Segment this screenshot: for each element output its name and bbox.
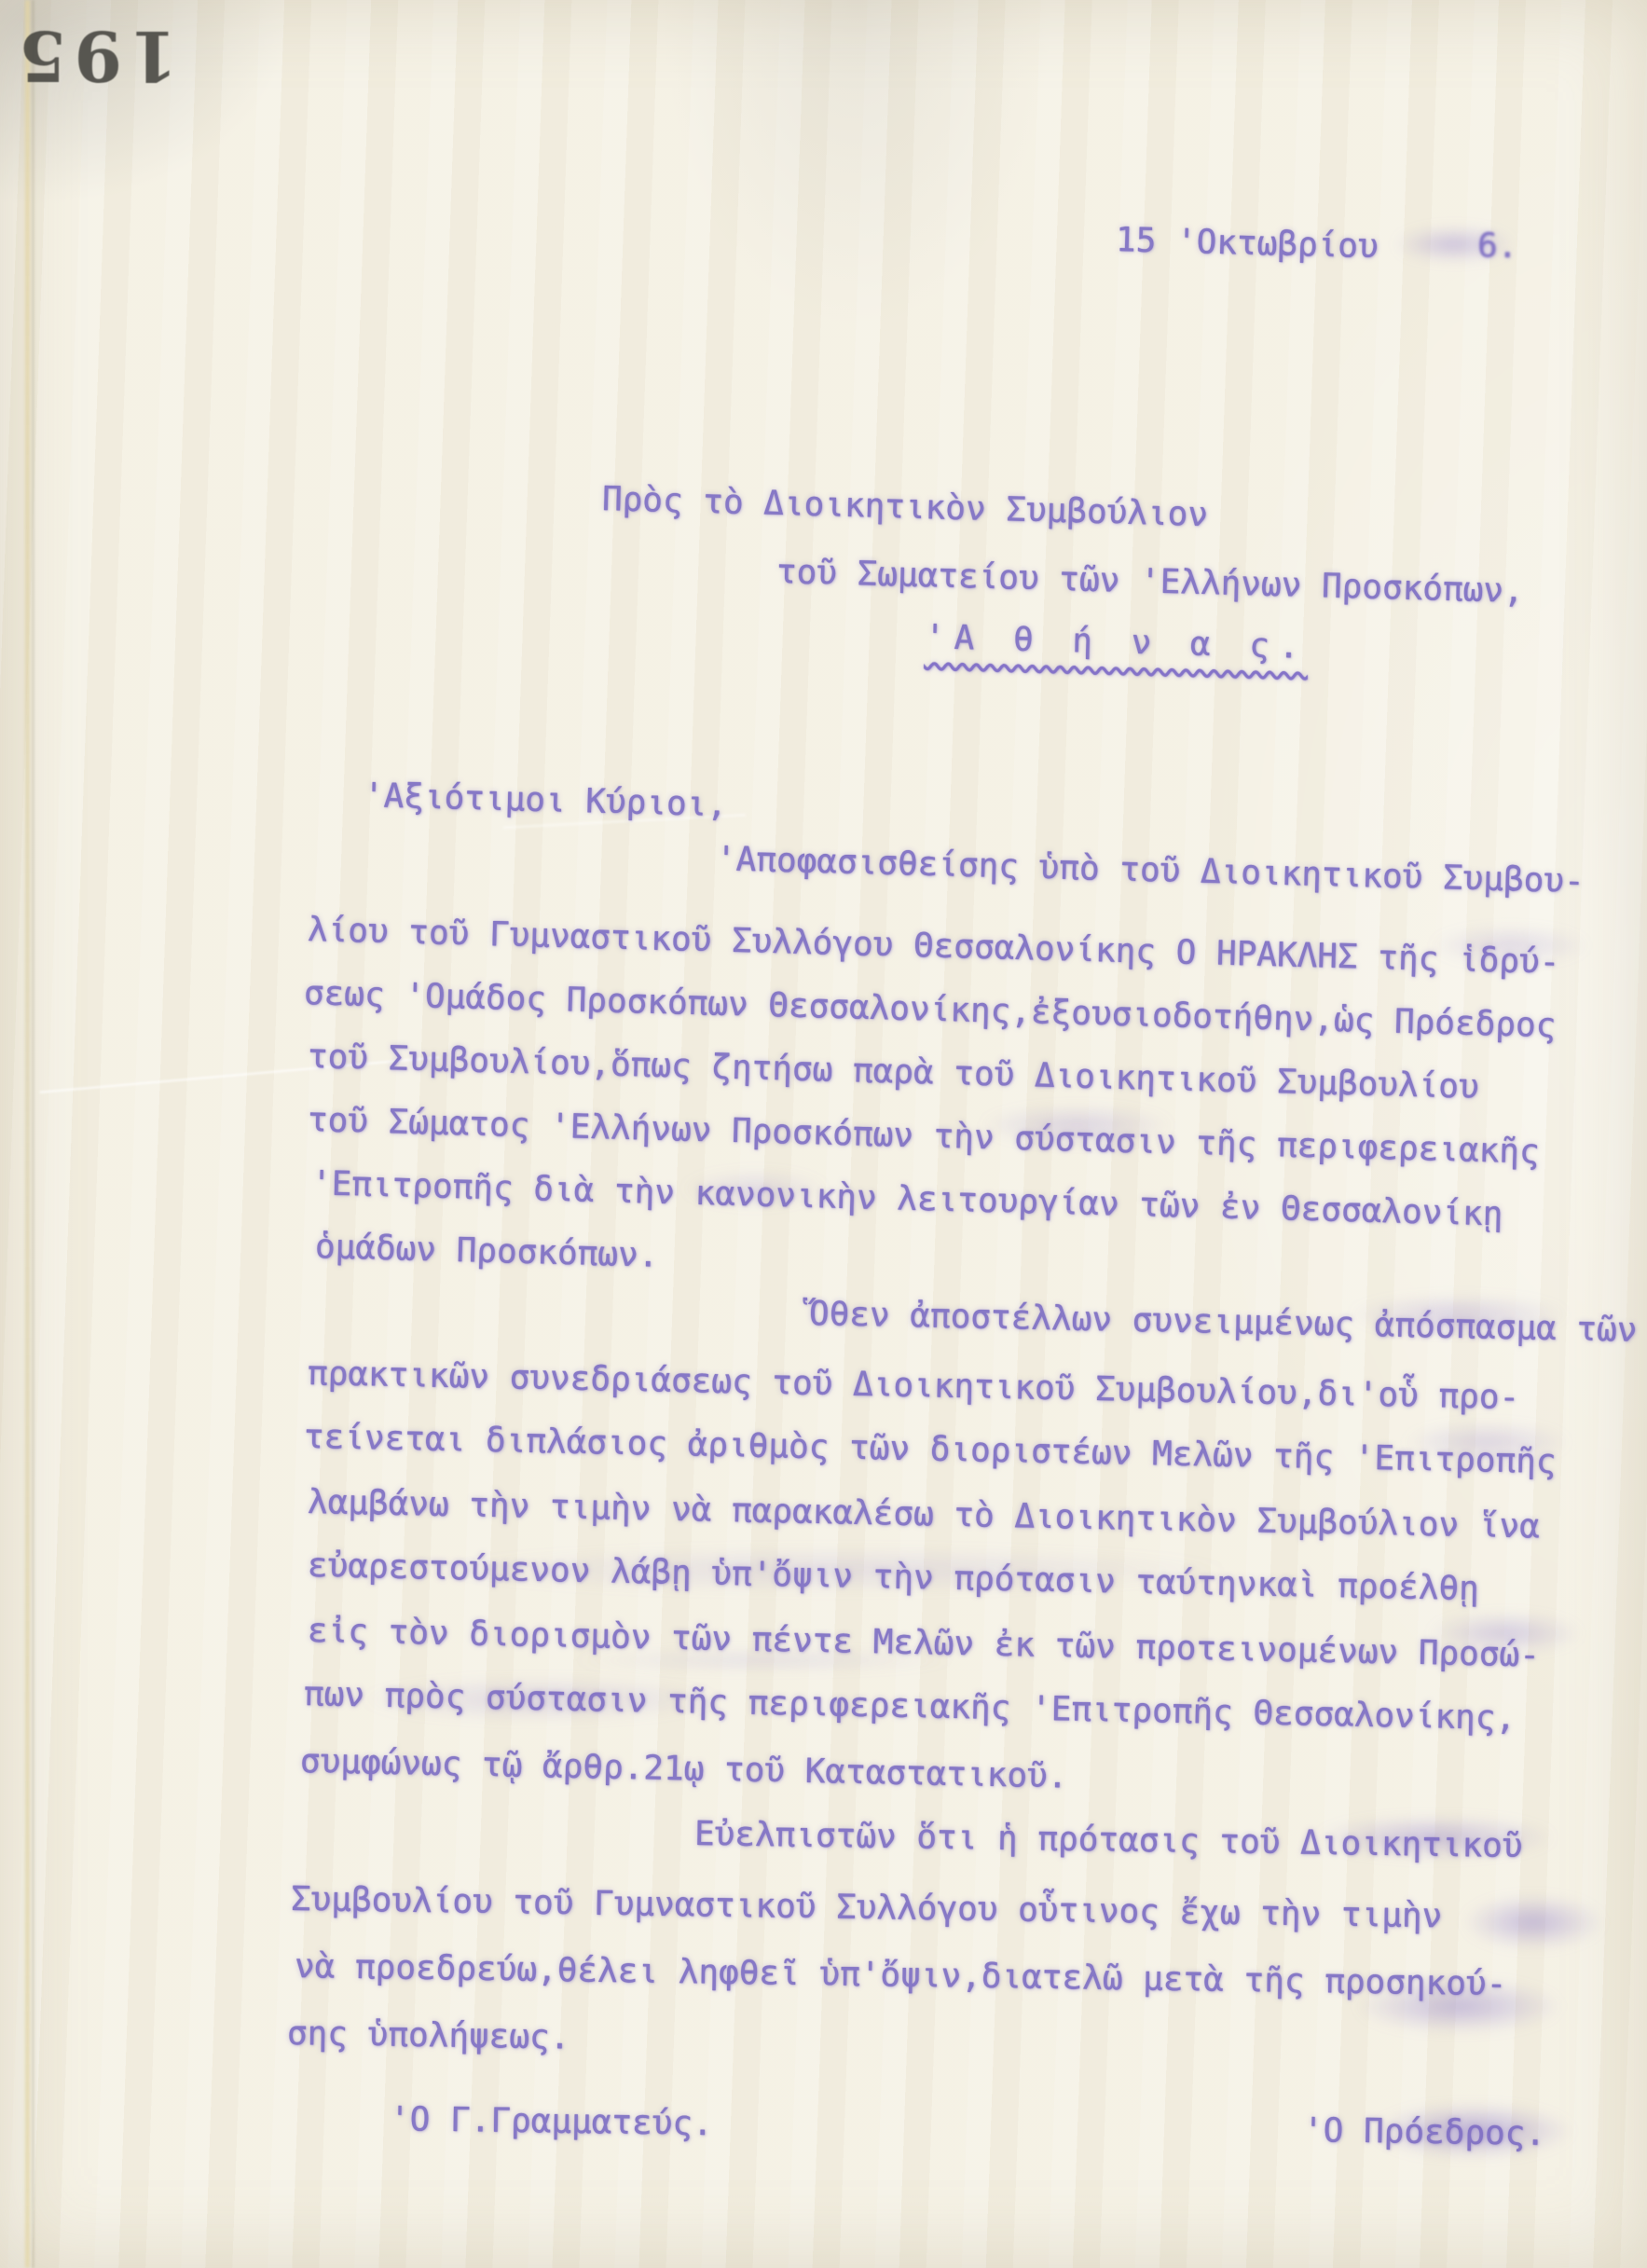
paper-fold-shadow [32,0,34,2268]
paragraph-1-line: τοῦ Συμβουλίου,ὅπως ζητήσω παρὰ τοῦ Διοι… [307,1038,1479,1106]
paragraph-1-line: τοῦ Σώματος 'Ελλήνων Προσκόπων τὴν σύστα… [307,1102,1540,1171]
paper-fold-line [25,0,30,2268]
date-line: 15 'Οκτωβρίου [1115,222,1379,266]
recipient-line-2: τοῦ Σωματείου τῶν 'Ελλήνων Προσκόπων, [775,554,1524,611]
letter-page: 195 15 'Οκτωβρίου 6. Πρὸς τὸ Διοικητικὸν… [0,0,1647,2268]
recipient-city: 'Α θ ή ν α ς. [924,619,1309,666]
paragraph-2-line: Ὅθεν ἀποστέλλων συνειμμένως ἀπόσπασμα τῶ… [809,1296,1638,1349]
paragraph-3-line: Συμβουλίου τοῦ Γυμναστικοῦ Συλλόγου οὗτι… [291,1881,1443,1935]
paragraph-2-line: εὐαρεστούμενον λάβῃ ὑπ'ὄψιν τὴν πρότασιν… [308,1547,1480,1608]
archive-number: 195 [11,15,177,95]
paragraph-2-line: τείνεται διπλάσιος ἀριθμὸς τῶν διοριστέω… [304,1419,1557,1481]
paragraph-1-line: λίου τοῦ Γυμναστικοῦ Συλλόγου Θεσσαλονίκ… [307,912,1559,982]
paragraph-1-line: 'Αποφασισθείσης ὑπὸ τοῦ Διοικητικοῦ Συμβ… [715,841,1585,900]
signature-president: 'Ο Πρόεδρος. [1303,2112,1546,2152]
paragraph-1-line: 'Επιτροπῆς διὰ τὴν κανονικὴν λειτουργίαν… [310,1165,1503,1233]
paragraph-3-line: σης ὑπολήψεως. [287,2015,570,2056]
paragraph-2-line: πρακτικῶν συνεδριάσεως τοῦ Διοικητικοῦ Σ… [308,1355,1520,1417]
ink-smudge [1435,1885,1631,1959]
paragraph-3-line: νὰ προεδρεύω,θέλει ληφθεῖ ὑπ'ὄψιν,διατελ… [295,1948,1507,2003]
paragraph-1-line: ὁμάδων Προσκόπων. [314,1229,658,1274]
paragraph-2-line: πων πρὸς σύστασιν τῆς περιφερειακῆς 'Επι… [304,1676,1517,1738]
paragraph-2-line: λαμβάνω τὴν τιμὴν νὰ παρακαλέσω τὸ Διοικ… [308,1484,1541,1546]
signature-secretary: 'Ο Γ.Γραμματεύς. [390,2101,713,2143]
date-year-fragment: 6. [1476,227,1517,266]
paragraph-1-line: σεως 'Ομάδος Προσκόπων Θεσσαλονίκης,ἐξου… [303,975,1556,1045]
paragraph-3-line: Εὐελπιστῶν ὅτι ἡ πρότασις τοῦ Διοικητικο… [694,1816,1523,1865]
salutation: 'Αξιότιμοι Κύριοι, [363,777,727,824]
paragraph-2-line: εἰς τὸν διορισμὸν τῶν πέντε Μελῶν ἐκ τῶν… [308,1613,1541,1674]
recipient-line-1: Πρὸς τὸ Διοικητικὸν Συμβούλιον [601,481,1208,534]
paragraph-2-line: συμφώνως τῷ ἄρθρ.21ῳ τοῦ Καταστατικοῦ. [300,1743,1068,1795]
